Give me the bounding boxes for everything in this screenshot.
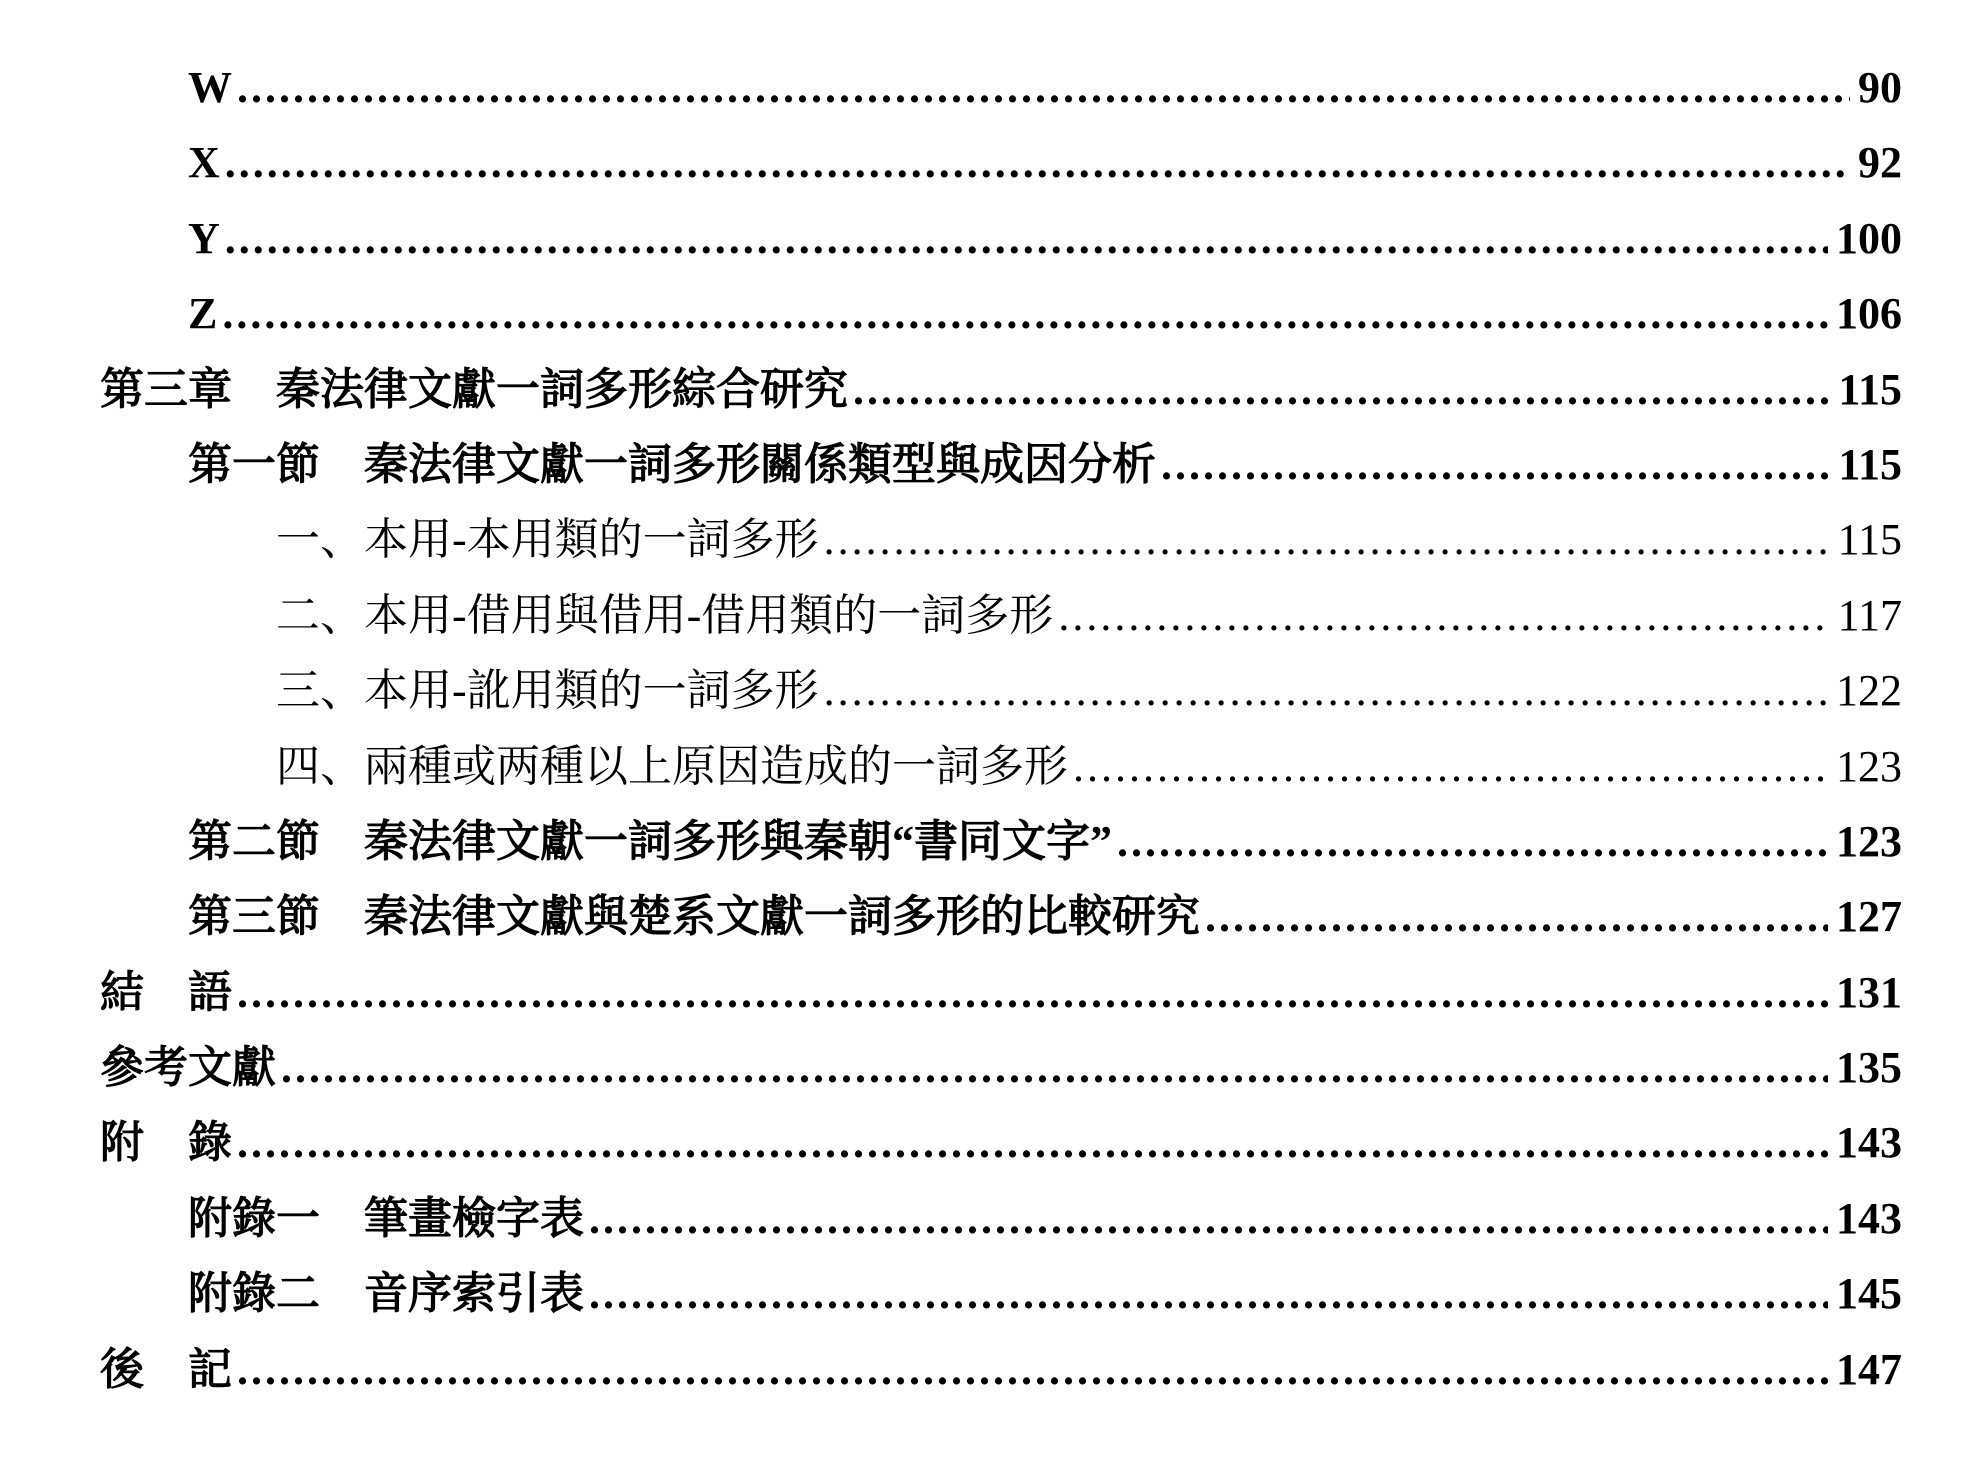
toc-entry[interactable]: 參考文獻 135 — [100, 1030, 1902, 1105]
toc-entry[interactable]: 二、本用-借用與借用-借用類的一詞多形 117 — [100, 578, 1902, 653]
toc-entry[interactable]: W 90 — [100, 50, 1902, 125]
toc-entry[interactable]: 附錄一 筆畫檢字表 143 — [100, 1181, 1902, 1256]
toc-entry[interactable]: 第二節 秦法律文獻一詞多形與秦朝“書同文字” 123 — [100, 804, 1902, 879]
toc-entry-page: 117 — [1838, 578, 1902, 653]
dot-leader-icon — [853, 352, 1830, 427]
toc-entry-page: 100 — [1836, 201, 1902, 276]
toc-entry-title: 秦法律文獻一詞多形關係類型與成因分析 — [364, 427, 1156, 502]
dot-leader-icon — [824, 502, 1830, 577]
toc-entry-title: 秦法律文獻一詞多形綜合研究 — [276, 352, 848, 427]
dot-leader-icon — [1205, 879, 1828, 954]
toc-entry[interactable]: 附 錄 143 — [100, 1105, 1902, 1180]
toc-entry-page: 123 — [1836, 804, 1902, 879]
toc-entry[interactable]: 三、本用-訛用類的一詞多形 122 — [100, 653, 1902, 728]
dot-leader-icon — [237, 50, 1850, 125]
toc-entry-number: 第一節 — [188, 427, 320, 502]
toc-entry-title: 音序索引表 — [364, 1256, 584, 1331]
dot-leader-icon — [225, 125, 1850, 200]
dot-leader-icon — [1073, 729, 1828, 804]
toc-entry-title: 一、本用-本用類的一詞多形 — [276, 502, 819, 577]
toc-entry-page: 115 — [1838, 502, 1902, 577]
toc-entry-title: 結 語 — [100, 955, 232, 1030]
toc-entry[interactable]: 附錄二 音序索引表 145 — [100, 1256, 1902, 1331]
dot-leader-icon — [237, 1332, 1828, 1407]
toc-entry-title: 二、本用-借用與借用-借用類的一詞多形 — [276, 578, 1053, 653]
toc-entry-page: 135 — [1836, 1030, 1902, 1105]
toc-entry-page: 127 — [1836, 879, 1902, 954]
dot-leader-icon — [237, 1105, 1828, 1180]
toc-entry[interactable]: 第三章 秦法律文獻一詞多形綜合研究 115 — [100, 352, 1902, 427]
toc-entry-title: W — [188, 50, 232, 125]
toc-entry-title: Y — [188, 201, 220, 276]
toc-entry-number: 附錄一 — [188, 1181, 320, 1256]
toc-entry[interactable]: Y 100 — [100, 201, 1902, 276]
dot-leader-icon — [1058, 578, 1829, 653]
toc-entry[interactable]: Z 106 — [100, 276, 1902, 351]
toc-entry-number: 第二節 — [188, 804, 320, 879]
toc-entry-page: 115 — [1838, 427, 1902, 502]
toc-entry[interactable]: X 92 — [100, 125, 1902, 200]
toc-entry-title: Z — [188, 276, 217, 351]
toc-entry-title: 秦法律文獻一詞多形與秦朝“書同文字” — [364, 804, 1112, 879]
dot-leader-icon — [225, 201, 1828, 276]
dot-leader-icon — [824, 653, 1828, 728]
toc-entry-number: 第三章 — [100, 352, 232, 427]
toc-entry-page: 92 — [1858, 125, 1902, 200]
toc-entry[interactable]: 一、本用-本用類的一詞多形 115 — [100, 502, 1902, 577]
toc-entry-page: 143 — [1836, 1105, 1902, 1180]
toc-entry[interactable]: 後 記 147 — [100, 1332, 1902, 1407]
dot-leader-icon — [1161, 427, 1830, 502]
toc-entry[interactable]: 第三節 秦法律文獻與楚系文獻一詞多形的比較研究 127 — [100, 879, 1902, 954]
toc-entry[interactable]: 結 語 131 — [100, 955, 1902, 1030]
toc-entry-page: 131 — [1836, 955, 1902, 1030]
dot-leader-icon — [589, 1181, 1828, 1256]
toc-entry-page: 143 — [1836, 1181, 1902, 1256]
toc-entry-page: 106 — [1836, 276, 1902, 351]
toc-entry-page: 147 — [1836, 1332, 1902, 1407]
toc-entry[interactable]: 第一節 秦法律文獻一詞多形關係類型與成因分析 115 — [100, 427, 1902, 502]
toc-entry-title: 後 記 — [100, 1332, 232, 1407]
toc-entry-page: 115 — [1838, 352, 1902, 427]
toc-entry-title: X — [188, 125, 220, 200]
toc-entry-number: 第三節 — [188, 879, 320, 954]
toc-entry-title: 附 錄 — [100, 1105, 232, 1180]
toc-entry-page: 90 — [1858, 50, 1902, 125]
toc-entry-title: 三、本用-訛用類的一詞多形 — [276, 653, 819, 728]
toc-entry-page: 122 — [1836, 653, 1902, 728]
dot-leader-icon — [237, 955, 1828, 1030]
dot-leader-icon — [589, 1256, 1828, 1331]
toc-entry[interactable]: 四、兩種或两種以上原因造成的一詞多形 123 — [100, 729, 1902, 804]
dot-leader-icon — [281, 1030, 1828, 1105]
dot-leader-icon — [1117, 804, 1828, 879]
toc-entry-number: 附錄二 — [188, 1256, 320, 1331]
toc-entry-title: 參考文獻 — [100, 1030, 276, 1105]
toc-entry-page: 145 — [1836, 1256, 1902, 1331]
toc: W 90 X 92 Y 100 Z 106 第三章 秦法律文獻一詞多形綜合研究 … — [0, 0, 1972, 1407]
toc-entry-title: 秦法律文獻與楚系文獻一詞多形的比較研究 — [364, 879, 1200, 954]
dot-leader-icon — [222, 276, 1828, 351]
toc-entry-title: 四、兩種或两種以上原因造成的一詞多形 — [276, 729, 1068, 804]
toc-entry-title: 筆畫檢字表 — [364, 1181, 584, 1256]
toc-entry-page: 123 — [1836, 729, 1902, 804]
